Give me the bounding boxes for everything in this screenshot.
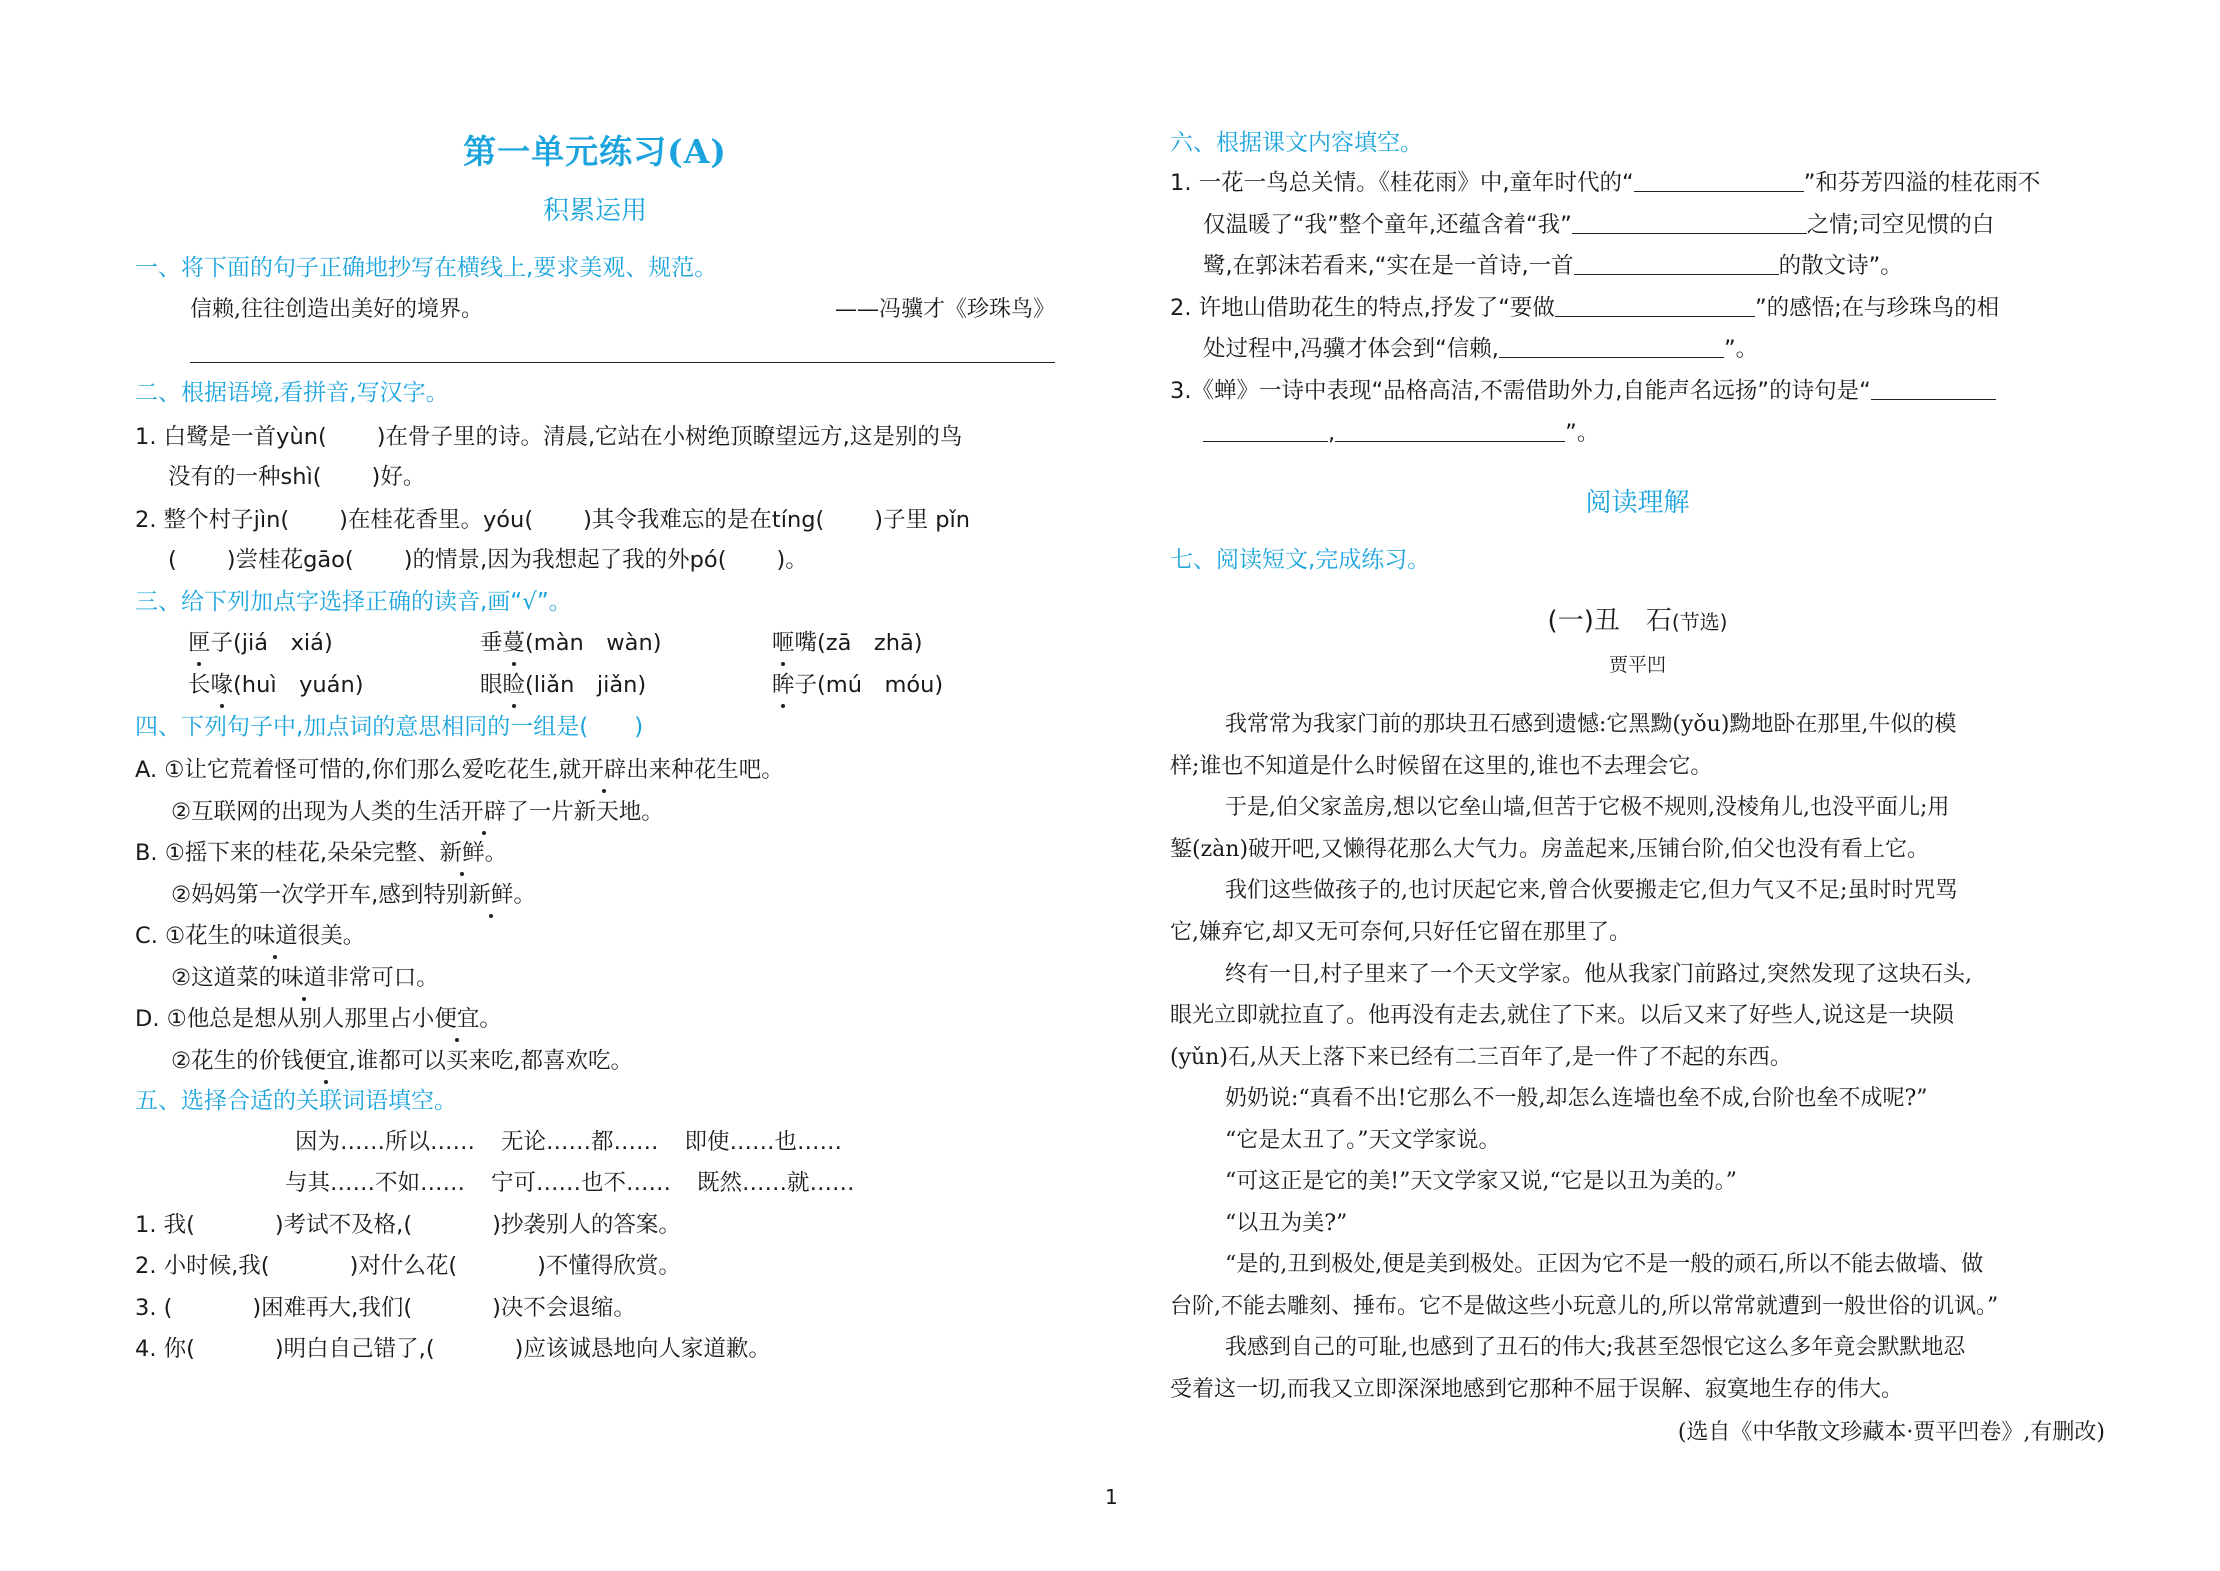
dotted-char: 咂 [772, 628, 795, 658]
text: ”。 [1565, 420, 1599, 446]
pinyin-options: (zā zhā) [817, 630, 923, 656]
text: 非常可口。 [326, 965, 439, 991]
text: A. ①让它荒着怪可惜的,你们那么爱吃花生,就 [135, 757, 581, 783]
text: 2. 整个村子 [135, 507, 254, 533]
page-title: 第一单元练习(A) [135, 126, 1055, 173]
text: )考试不及格,( [275, 1212, 412, 1238]
pinyin: gāo [303, 547, 345, 573]
pinyin: tíng [772, 507, 816, 533]
text: )不懂得欣赏。 [537, 1253, 681, 1279]
fill-blank[interactable] [1203, 419, 1328, 442]
q5-item-1: 1. 我()考试不及格,()抄袭别人的答案。 [135, 1210, 681, 1240]
fill-blank[interactable] [1499, 335, 1724, 358]
q4-option-b-1[interactable]: B. ①摇下来的桂花,朵朵完整、新鲜。 [135, 838, 507, 868]
text: 。 [479, 1006, 502, 1032]
q3-item-4[interactable]: 长喙(huì yuán) [188, 670, 363, 700]
passage-line: 眼光立即就拉直了。他再没有走去,就住了下来。以后又来了好些人,说这是一块陨 [1170, 1001, 1954, 1031]
passage-title: (一)丑 石(节选) [1170, 606, 2105, 637]
conjunction-option: 即使……也…… [685, 1129, 843, 1155]
text: 4. 你( [135, 1336, 195, 1362]
passage-line: 台阶,不能去雕刻、捶布。它不是做这些小玩意儿的,所以常常就遭到一般世俗的讥讽。” [1170, 1292, 1998, 1322]
text: )明白自己错了,( [275, 1336, 435, 1362]
dotted-word: 新鲜 [468, 880, 513, 910]
section-title-accumulation: 积累运用 [135, 190, 1055, 227]
dotted-word: 便宜 [434, 1004, 479, 1034]
text: ②互联网的出现为人类的生活 [171, 799, 461, 825]
q3-item-2[interactable]: 垂蔓(màn wàn) [480, 628, 662, 658]
conjunction-option: 因为……所以…… [295, 1129, 475, 1155]
text: 。 [513, 882, 536, 908]
pinyin: yóu [483, 507, 524, 533]
text: ,谁都可以买来吃,都喜欢吃。 [349, 1048, 633, 1074]
q3-item-6[interactable]: 眸子(mú móu) [772, 670, 943, 700]
text: ”。 [1724, 336, 1758, 362]
text: 。 [485, 840, 508, 866]
dotted-char: 睑 [503, 670, 526, 700]
passage-line: 终有一日,村子里来了一个天文学家。他从我家门前路过,突然发现了这块石头, [1225, 960, 1972, 990]
dotted-char: 眸 [772, 670, 795, 700]
passage-line: 受着这一切,而我又立即深深地感到它那种不屈于误解、寂寞地生存的伟大。 [1170, 1375, 1903, 1405]
pinyin: jìn [254, 507, 281, 533]
passage-title-note: (节选) [1672, 610, 1728, 634]
pinyin: yùn [276, 424, 318, 450]
char: 长 [188, 672, 211, 698]
fill-blank[interactable] [1634, 169, 1804, 192]
question-1-heading: 一、将下面的句子正确地抄写在横线上,要求美观、规范。 [135, 253, 717, 283]
text: )应该诚恳地向人家道歉。 [515, 1336, 771, 1362]
text: 。 [785, 547, 808, 573]
dotted-word: 新鲜 [440, 838, 485, 868]
text: ②这道菜的 [171, 965, 281, 991]
question-5-heading: 五、选择合适的关联词语填空。 [135, 1086, 457, 1116]
passage-line: 我常常为我家门前的那块丑石感到遗憾:它黑黝(yǒu)黝地卧在那里,牛似的模 [1225, 710, 1956, 740]
text: 的情景,因为我想起了我的外 [412, 547, 689, 573]
q4-option-d-1[interactable]: D. ①他总是想从别人那里占小便宜。 [135, 1004, 502, 1034]
q4-option-d-2: ②花生的价钱便宜,谁都可以买来吃,都喜欢吃。 [171, 1046, 633, 1076]
text: 尝桂花 [236, 547, 304, 573]
text: 鹭,在郭沫若看来,“实在是一首诗,一首 [1203, 253, 1574, 279]
copy-sentence: 信赖,往往创造出美好的境界。 [190, 295, 483, 325]
question-3-heading: 三、给下列加点字选择正确的读音,画“√”。 [135, 587, 572, 617]
text: )对什么花( [350, 1253, 458, 1279]
pinyin: pǐn [935, 507, 970, 533]
fill-blank[interactable] [1335, 419, 1565, 442]
char: 子 [211, 630, 234, 656]
q5-item-4: 4. 你()明白自己错了,()应该诚恳地向人家道歉。 [135, 1334, 771, 1364]
passage-line: “它是太丑了。”天文学家说。 [1225, 1126, 1501, 1156]
text: C. ①花生的 [135, 923, 253, 949]
text: 在骨子里的诗。清晨,它站在小树绝顶瞭望远方,这是别的鸟 [386, 424, 963, 450]
pinyin-options: (màn wàn) [525, 630, 661, 656]
conjunction-options-row-2: 与其……不如……宁可……也不……既然……就…… [285, 1168, 855, 1198]
fill-blank[interactable] [1871, 377, 1996, 400]
text: 1. 一花一鸟总关情。《桂花雨》中,童年时代的“ [1170, 170, 1634, 196]
dotted-word: 便宜 [304, 1046, 349, 1076]
passage-line: (yǔn)石,从天上落下来已经有二三百年了,是一件了不起的东西。 [1170, 1043, 1792, 1073]
q6-line-2: 仅温暖了“我”整个童年,还蕴含着“我”之情;司空见惯的白 [1203, 210, 1994, 240]
char: 眼 [480, 672, 503, 698]
text: )困难再大,我们( [252, 1295, 412, 1321]
text: 了一片新天地。 [506, 799, 664, 825]
text: 在桂花香里。 [348, 507, 483, 533]
copy-source: ——冯骥才《珍珠鸟》 [835, 295, 1055, 325]
copy-answer-line[interactable] [190, 362, 1055, 363]
fill-blank[interactable] [1555, 294, 1755, 317]
conjunction-option: 既然……就…… [697, 1170, 855, 1196]
q6-line-7: ,”。 [1203, 418, 1599, 448]
question-4-heading: 四、下列句子中,加点词的意思相同的一组是( ) [135, 712, 643, 742]
passage-line: “可这正是它的美!”天文学家又说,“它是以丑为美的。” [1225, 1167, 1737, 1197]
q2-item-1-line-1: 1. 白鹭是一首yùn()在骨子里的诗。清晨,它站在小树绝顶瞭望远方,这是别的鸟 [135, 422, 962, 452]
conjunction-option: 与其……不如…… [285, 1170, 465, 1196]
text: 子里 [883, 507, 928, 533]
page-number: 1 [1105, 1485, 1118, 1509]
q4-option-a-1[interactable]: A. ①让它荒着怪可惜的,你们那么爱吃花生,就开辟出来种花生吧。 [135, 755, 784, 785]
question-6-heading: 六、根据课文内容填空。 [1170, 128, 1423, 158]
text: B. ①摇下来的桂花,朵朵完整、 [135, 840, 440, 866]
text: 3.《蝉》一诗中表现“品格高洁,不需借助外力,自能声名远扬”的诗句是“ [1170, 378, 1871, 404]
q3-item-1[interactable]: 匣子(jiá xiá) [188, 628, 333, 658]
pinyin-options: (liǎn jiǎn) [525, 672, 646, 698]
text: )决不会退缩。 [492, 1295, 636, 1321]
passage-line: 于是,伯父家盖房,想以它垒山墙,但苦于它极不规则,没棱角儿,也没平面儿;用 [1225, 793, 1949, 823]
text: 出来种花生吧。 [626, 757, 784, 783]
dotted-word: 开辟 [461, 797, 506, 827]
text: ”的感悟;在与珍珠鸟的相 [1755, 295, 1999, 321]
conjunction-options-row-1: 因为……所以……无论……都……即使……也…… [295, 1127, 842, 1157]
text: 很美。 [298, 923, 366, 949]
text: D. ①他总是想从别人那里占小 [135, 1006, 434, 1032]
passage-line: 它,嫌弃它,却又无可奈何,只好任它留在那里了。 [1170, 918, 1631, 948]
q6-line-1: 1. 一花一鸟总关情。《桂花雨》中,童年时代的“”和芬芳四溢的桂花雨不 [1170, 168, 2040, 198]
text: 其令我难忘的是在 [592, 507, 772, 533]
text: 1. 白鹭是一首 [135, 424, 276, 450]
q5-item-2: 2. 小时候,我()对什么花()不懂得欣赏。 [135, 1251, 681, 1281]
passage-author: 贾平凹 [1170, 650, 2105, 680]
text: 3. ( [135, 1295, 172, 1321]
text: ②妈妈第一次学开车,感到特别 [171, 882, 468, 908]
q6-line-4: 2. 许地山借助花生的特点,抒发了“要做”的感悟;在与珍珠鸟的相 [1170, 293, 1999, 323]
dotted-char: 蔓 [503, 628, 526, 658]
conjunction-option: 宁可……也不…… [491, 1170, 671, 1196]
text: 处过程中,冯骥才体会到“信赖, [1203, 336, 1499, 362]
q2-item-2-line-2: ()尝桂花gāo()的情景,因为我想起了我的外pó()。 [168, 545, 808, 575]
passage-line: 样;谁也不知道是什么时候留在这里的,谁也不去理会它。 [1170, 752, 1712, 782]
passage-line: 奶奶说:“真看不出!它那么不一般,却怎么连墙也垒不成,台阶也垒不成呢?” [1225, 1084, 1928, 1114]
q4-option-c-1[interactable]: C. ①花生的味道很美。 [135, 921, 365, 951]
char: 嘴 [795, 630, 818, 656]
q4-option-c-2: ②这道菜的味道非常可口。 [171, 963, 439, 993]
text: )抄袭别人的答案。 [492, 1212, 681, 1238]
dotted-char: 喙 [211, 670, 234, 700]
q2-item-2-line-1: 2. 整个村子jìn()在桂花香里。yóu()其令我难忘的是在tíng()子里 … [135, 505, 970, 535]
q3-item-5[interactable]: 眼睑(liǎn jiǎn) [480, 670, 646, 700]
dotted-word: 味道 [281, 963, 326, 993]
text: 的散文诗”。 [1779, 253, 1903, 279]
question-7-heading: 七、阅读短文,完成练习。 [1170, 545, 1430, 575]
text: , [1328, 420, 1335, 446]
q2-item-1-line-2: 没有的一种shì()好。 [168, 462, 425, 492]
passage-source: (选自《中华散文珍藏本·贾平凹卷》,有删改) [1678, 1418, 2105, 1448]
char: 子 [795, 672, 818, 698]
q6-line-6: 3.《蝉》一诗中表现“品格高洁,不需借助外力,自能声名远扬”的诗句是“ [1170, 376, 1996, 406]
passage-line: 我们这些做孩子的,也讨厌起它来,曾合伙要搬走它,但力气又不足;虽时时咒骂 [1225, 876, 1957, 906]
text: 好。 [380, 464, 425, 490]
pinyin: pó [690, 547, 718, 573]
q6-line-3: 鹭,在郭沫若看来,“实在是一首诗,一首的散文诗”。 [1203, 251, 1903, 281]
text: 2. 小时候,我( [135, 1253, 270, 1279]
section-title-reading: 阅读理解 [1170, 482, 2105, 519]
pinyin-options: (huì yuán) [233, 672, 363, 698]
text: 没有的一种 [168, 464, 281, 490]
pinyin-options: (mú móu) [817, 672, 943, 698]
q4-option-b-2: ②妈妈第一次学开车,感到特别新鲜。 [171, 880, 536, 910]
q4-option-a-2: ②互联网的出现为人类的生活开辟了一片新天地。 [171, 797, 664, 827]
passage-line: 錾(zàn)破开吧,又懒得花那么大气力。房盖起来,压铺台阶,伯父也没有看上它。 [1170, 835, 1929, 865]
passage-title-text: (一)丑 石 [1548, 606, 1672, 636]
text: 之情;司空见惯的白 [1807, 212, 1995, 238]
dotted-char: 匣 [188, 628, 211, 658]
dotted-word: 味道 [253, 921, 298, 951]
text: ②花生的价钱 [171, 1048, 304, 1074]
q6-line-5: 处过程中,冯骥才体会到“信赖,”。 [1203, 334, 1758, 364]
text: 仅温暖了“我”整个童年,还蕴含着“我” [1203, 212, 1572, 238]
passage-line: “是的,丑到极处,便是美到极处。正因为它不是一般的顽石,所以不能去做墙、做 [1225, 1250, 1983, 1280]
text: 2. 许地山借助花生的特点,抒发了“要做 [1170, 295, 1555, 321]
dotted-word: 开辟 [581, 755, 626, 785]
text: 1. 我( [135, 1212, 195, 1238]
passage-line: 我感到自己的可耻,也感到了丑石的伟大;我甚至怨恨它这么多年竟会默默地忍 [1225, 1333, 1965, 1363]
fill-blank[interactable] [1574, 252, 1779, 275]
char: 垂 [480, 630, 503, 656]
passage-line: “以丑为美?” [1225, 1209, 1347, 1239]
pinyin: shì [281, 464, 313, 490]
q5-item-3: 3. ()困难再大,我们()决不会退缩。 [135, 1293, 636, 1323]
pinyin-options: (jiá xiá) [233, 630, 333, 656]
conjunction-option: 无论……都…… [501, 1129, 659, 1155]
fill-blank[interactable] [1572, 211, 1807, 234]
text: ”和芬芳四溢的桂花雨不 [1804, 170, 2041, 196]
q3-item-3[interactable]: 咂嘴(zā zhā) [772, 628, 923, 658]
question-2-heading: 二、根据语境,看拼音,写汉字。 [135, 378, 449, 408]
